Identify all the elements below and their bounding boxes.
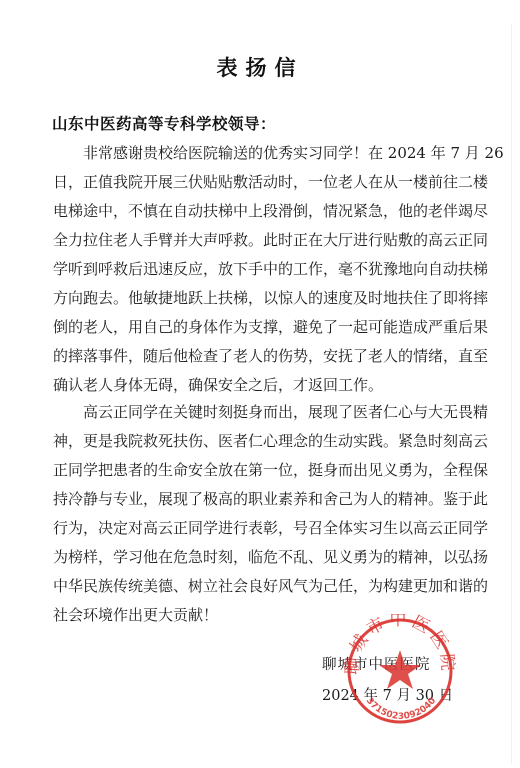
text-line: 高云正同学在关键时刻挺身而出，展现了医者仁心与大无畏精 bbox=[53, 398, 463, 427]
text-line: 为榜样，学习他在危急时刻，临危不乱、见义勇为的精神，以弘扬 bbox=[53, 543, 463, 572]
text-line: 正同学把患者的生命安全放在第一位，挺身而出见义勇为，全程保 bbox=[53, 456, 463, 485]
text-line: 神，更是我院救死扶伤、医者仁心理念的生动实践。紧急时刻高云 bbox=[53, 427, 463, 456]
text-line: 方向跑去。他敏捷地跃上扶梯，以惊人的速度及时地扶住了即将摔 bbox=[53, 284, 463, 313]
text-line: 全力拉住老人手臂并大声呼救。此时正在大厅进行贴敷的高云正同 bbox=[53, 226, 463, 255]
paragraph-1: 非常感谢贵校给医院输送的优秀实习同学！在 2024 年 7 月 26 日，正值我… bbox=[53, 139, 463, 400]
star-icon bbox=[379, 650, 421, 689]
svg-text:3715023092040: 3715023092040 bbox=[364, 696, 438, 722]
page-edge bbox=[511, 24, 512, 764]
text-line: 倒的老人，用自己的身体作为支撑，避免了一起可能造成严重后果 bbox=[53, 313, 463, 342]
official-seal: 聊城市中医医院 3715023092040 bbox=[344, 614, 456, 728]
text-line: 非常感谢贵校给医院输送的优秀实习同学！在 2024 年 7 月 26 bbox=[53, 139, 463, 168]
text-line: 持冷静与专业，展现了极高的职业素养和舍己为人的精神。鉴于此 bbox=[53, 485, 463, 514]
text-line: 行为，决定对高云正同学进行表彰，号召全体实习生以高云正同学 bbox=[53, 514, 463, 543]
text-line: 中华民族传统美德、树立社会良好风气为己任，为构建更加和谐的 bbox=[53, 572, 463, 601]
salutation: 山东中医药高等专科学校领导： bbox=[52, 112, 276, 134]
text-line: 电梯途中，不慎在自动扶梯中上段滑倒，情况紧急，他的老伴竭尽 bbox=[53, 197, 463, 226]
seal-code: 3715023092040 bbox=[364, 696, 438, 722]
paragraph-2: 高云正同学在关键时刻挺身而出，展现了医者仁心与大无畏精 神，更是我院救死扶伤、医… bbox=[53, 398, 463, 630]
text-line: 的摔落事件，随后他检查了老人的伤势，安抚了老人的情绪，直至 bbox=[53, 342, 463, 371]
text-line: 确认老人身体无碍，确保安全之后，才返回工作。 bbox=[53, 371, 463, 400]
text-line: 学听到呼救后迅速反应，放下手中的工作，毫不犹豫地向自动扶梯 bbox=[53, 255, 463, 284]
page-title: 表扬信 bbox=[0, 52, 520, 82]
text-line: 日，正值我院开展三伏贴贴敷活动时，一位老人在从一楼前往二楼 bbox=[53, 168, 463, 197]
